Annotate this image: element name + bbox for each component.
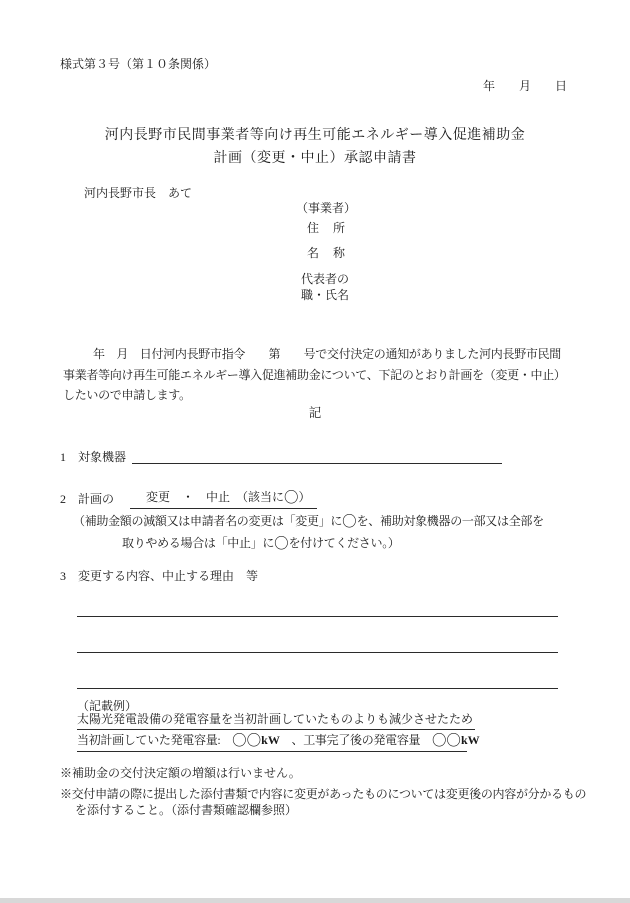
name-label: 名 称 — [307, 246, 346, 261]
item2-label: 2 計画の — [60, 492, 114, 507]
applicant-section-label: （事業者） — [296, 201, 356, 216]
representative-label-line1: 代表者の — [301, 272, 349, 288]
record-mark: 記 — [0, 406, 630, 422]
address-label: 住 所 — [307, 221, 346, 236]
reason-fill-line-1 — [77, 616, 558, 617]
plan-choice-field: 変更 ・ 中止 （該当に〇） — [130, 490, 317, 509]
item3-label: 3 変更する内容、中止する理由 等 — [60, 569, 258, 584]
plan-choice-text-close: ） — [299, 490, 311, 504]
body-paragraph-line2: 事業者等向け再生可能エネルギー導入促進補助金について、下記のとおり計画を（変更・… — [63, 365, 566, 386]
footnote-2: ※交付申請の際に提出した添付書類で内容に変更があったものについては変更後の内容が… — [60, 787, 586, 802]
plan-note-line2-text: 取りやめる場合は「中止」に — [122, 536, 274, 550]
kw-value: kW — [261, 733, 280, 747]
representative-label-line2: 職・氏名 — [301, 288, 349, 304]
body-paragraph-line1: 年 月 日付河内長野市指令 第 号で交付決定の通知がありました河内長野市民間 — [63, 344, 566, 365]
example-line2-text: 当初計画していた発電容量: — [77, 733, 232, 747]
example-line1: 太陽光発電設備の発電容量を当初計画していたものよりも減少させたため — [77, 712, 475, 730]
plan-choice-text: 変更 ・ 中止 （該当に — [146, 490, 284, 504]
plan-note-line2: 取りやめる場合は「中止」に〇を付けてください。） — [122, 536, 400, 552]
doc-title-line2: 計画（変更・中止）承認申請書 — [0, 150, 630, 168]
page-bottom-edge — [0, 898, 630, 903]
representative-label: 代表者の 職・氏名 — [301, 272, 349, 303]
plan-note-line2-text-end: を付けてください。） — [289, 536, 400, 550]
plan-note-line1-text-end: を、補助対象機器の一部又は全部を — [357, 514, 544, 528]
circle-mark: 〇 — [274, 537, 289, 553]
item1-label: 1 対象機器 — [60, 450, 126, 465]
form-number: 様式第３号（第１０条関係） — [60, 57, 216, 72]
footnote-1: ※補助金の交付決定額の増額は行いません。 — [60, 766, 301, 781]
plan-note-line1: （補助金額の減額又は申請者名の変更は「変更」に〇を、補助対象機器の一部又は全部を — [73, 514, 544, 530]
document-page: 様式第３号（第１０条関係） 年 月 日 河内長野市民間事業者等向け再生可能エネル… — [0, 0, 630, 903]
body-paragraph-line3: したいので申請します。 — [63, 385, 566, 406]
body-paragraph: 年 月 日付河内長野市指令 第 号で交付決定の通知がありました河内長野市民間 事… — [63, 344, 566, 406]
circle-mark: 〇 — [342, 515, 357, 531]
example-line2: 当初計画していた発電容量: 〇〇kW 、工事完了後の発電容量 〇〇kW — [77, 733, 467, 752]
date-line: 年 月 日 — [483, 79, 567, 94]
footnote-2-continuation: を添付すること。（添付書類確認欄参照） — [75, 803, 297, 818]
circle-mark: 〇 — [284, 491, 299, 507]
kw-value: kW — [461, 733, 480, 747]
circle-mark: 〇〇 — [432, 734, 461, 750]
addressee: 河内長野市長 あて — [84, 186, 192, 201]
example-line2-text-mid: 、工事完了後の発電容量 — [280, 733, 432, 747]
reason-fill-line-2 — [77, 652, 558, 653]
target-equipment-fill-line — [132, 463, 502, 464]
reason-fill-line-3 — [77, 688, 558, 689]
plan-note-line1-text: （補助金額の減額又は申請者名の変更は「変更」に — [73, 514, 342, 528]
circle-mark: 〇〇 — [232, 734, 261, 750]
doc-title-line1: 河内長野市民間事業者等向け再生可能エネルギー導入促進補助金 — [0, 127, 630, 145]
